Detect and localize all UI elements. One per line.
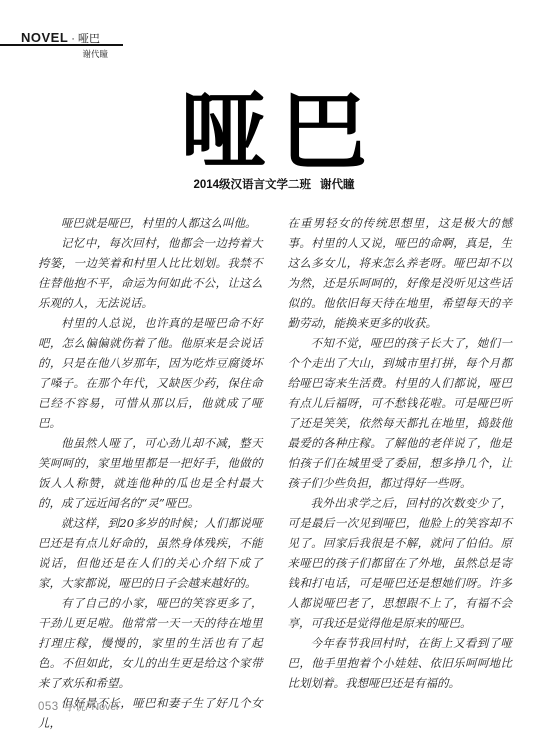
text-column-left: 哑巴就是哑巴，村里的人都这么叫他。记忆中，每次回村，他都会一边挎着大挎篓，一边笑… <box>38 213 263 733</box>
paragraph: 今年春节我回村时，在街上又看到了哑巴，他手里抱着个小娃娃、依旧乐呵呵地比比划划着… <box>288 633 513 693</box>
text-column-right: 在重男轻女的传统思想里，这是极大的憾事。村里的人又说，哑巴的命啊，真是，生这么多… <box>288 213 513 733</box>
article-title: 哑巴 <box>0 62 548 186</box>
magazine-brand: NOVEL <box>21 30 68 45</box>
footer-section-label: 小说/ Novel <box>65 701 119 713</box>
paragraph: 他虽然人哑了，可心劲儿却不减，整天笑呵呵的，家里地里都是一把好手，他做的饭人人称… <box>38 433 263 513</box>
article-byline: 2014级汉语言文学二班谢代瞳 <box>0 176 548 192</box>
byline-class: 2014级汉语言文学二班 <box>193 179 311 191</box>
paragraph: 有了自己的小家，哑巴的笑容更多了，干劲儿更足啦。他常常一天一天的待在地里打理庄稼… <box>38 593 263 693</box>
paragraph: 在重男轻女的传统思想里，这是极大的憾事。村里的人又说，哑巴的命啊，真是，生这么多… <box>288 213 513 333</box>
paragraph: 我外出求学之后，回村的次数变少了，可是最后一次见到哑巴，他脸上的笑容却不见了。回… <box>288 493 513 633</box>
paragraph: 村里的人总说，也许真的是哑巴命不好吧，怎么偏偏就伤着了他。他原来是会说话的，只是… <box>38 313 263 433</box>
paragraph: 记忆中，每次回村，他都会一边挎着大挎篓，一边笑着和村里人比比划划。我禁不住替他抱… <box>38 233 263 313</box>
byline-author: 谢代瞳 <box>320 179 355 191</box>
header-divider <box>0 44 123 46</box>
paragraph: 不知不觉，哑巴的孩子长大了，她们一个个走出了大山，到城市里打拼，每个月都给哑巴寄… <box>288 333 513 493</box>
article-body: 哑巴就是哑巴，村里的人都这么叫他。记忆中，每次回村，他都会一边挎着大挎篓，一边笑… <box>38 213 512 733</box>
paragraph: 就这样，到20多岁的时候；人们都说哑巴还是有点儿好命的，虽然身体残疾，不能说话，… <box>38 513 263 593</box>
footer-page-number: 053 <box>38 701 59 713</box>
paragraph: 哑巴就是哑巴，村里的人都这么叫他。 <box>38 213 263 233</box>
page-footer: 053小说/ Novel <box>38 699 118 714</box>
header-author-name: 谢代瞳 <box>0 48 108 60</box>
